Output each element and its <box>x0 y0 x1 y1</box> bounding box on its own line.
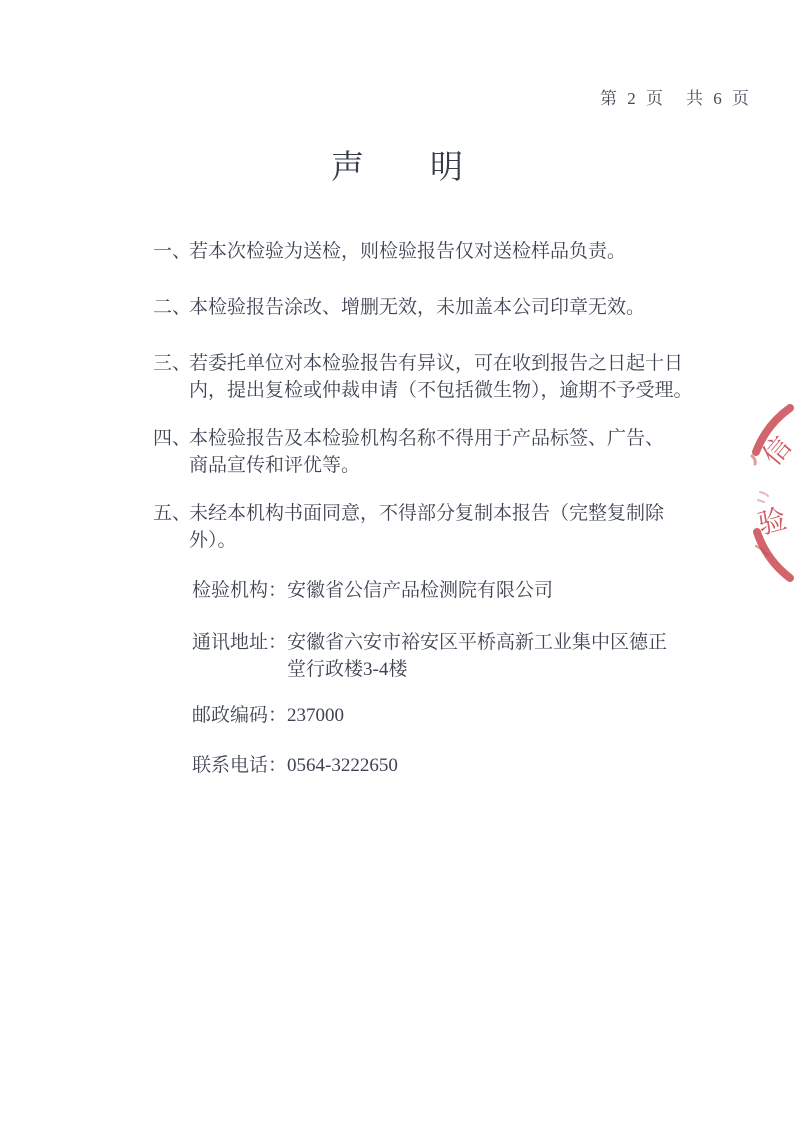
statement-item-2: 二、 本检验报告涂改、增删无效，未加盖本公司印章无效。 <box>153 294 753 321</box>
item-marker: 三、 <box>153 350 189 404</box>
contact-value: 安徽省六安市裕安区平桥高新工业集中区德正 堂行政楼3-4楼 <box>287 629 667 683</box>
statement-item-3: 三、 若委托单位对本检验报告有异议，可在收到报告之日起十日 内，提出复检或仲裁申… <box>153 350 753 404</box>
item-marker: 一、 <box>153 238 189 265</box>
contact-label: 联系电话： <box>192 752 287 779</box>
item-text: 本检验报告涂改、增删无效，未加盖本公司印章无效。 <box>189 294 645 321</box>
item-marker: 五、 <box>153 500 189 554</box>
contact-value: 237000 <box>287 702 344 729</box>
statement-item-1: 一、 若本次检验为送检，则检验报告仅对送检样品负责。 <box>153 238 753 265</box>
contact-row-agency: 检验机构： 安徽省公信产品检测院有限公司 <box>192 577 753 604</box>
document-title: 声 明 <box>0 141 794 188</box>
statement-item-5: 五、 未经本机构书面同意，不得部分复制本报告（完整复制除 外）。 <box>153 500 753 554</box>
contact-label: 邮政编码： <box>192 702 287 729</box>
contact-value: 安徽省公信产品检测院有限公司 <box>287 577 553 604</box>
item-text: 本检验报告及本检验机构名称不得用于产品标签、广告、 商品宣传和评优等。 <box>189 425 664 479</box>
item-marker: 二、 <box>153 294 189 321</box>
seal-smudge <box>752 456 755 464</box>
seal-smudge <box>758 492 768 502</box>
contact-value: 0564-3222650 <box>287 752 398 779</box>
contact-label: 通讯地址： <box>192 629 287 683</box>
statement-content: 一、 若本次检验为送检，则检验报告仅对送检样品负责。 二、 本检验报告涂改、增删… <box>153 238 753 779</box>
contact-row-postcode: 邮政编码： 237000 <box>192 702 753 729</box>
red-inspection-seal-icon: 信 验 <box>744 400 794 585</box>
contact-label: 检验机构： <box>192 577 287 604</box>
item-text: 若委托单位对本检验报告有异议，可在收到报告之日起十日 内，提出复检或仲裁申请（不… <box>189 350 693 404</box>
item-marker: 四、 <box>153 425 189 479</box>
contact-row-address: 通讯地址： 安徽省六安市裕安区平桥高新工业集中区德正 堂行政楼3-4楼 <box>192 629 753 683</box>
document-page: 第 2 页 共 6 页 声 明 一、 若本次检验为送检，则检验报告仅对送检样品负… <box>0 0 794 1122</box>
statement-item-4: 四、 本检验报告及本检验机构名称不得用于产品标签、广告、 商品宣传和评优等。 <box>153 425 753 479</box>
item-text: 若本次检验为送检，则检验报告仅对送检样品负责。 <box>189 238 626 265</box>
item-text: 未经本机构书面同意，不得部分复制本报告（完整复制除 外）。 <box>189 500 664 554</box>
contact-block: 检验机构： 安徽省公信产品检测院有限公司 通讯地址： 安徽省六安市裕安区平桥高新… <box>192 577 753 779</box>
contact-row-phone: 联系电话： 0564-3222650 <box>192 752 753 779</box>
page-number: 第 2 页 共 6 页 <box>600 84 752 109</box>
